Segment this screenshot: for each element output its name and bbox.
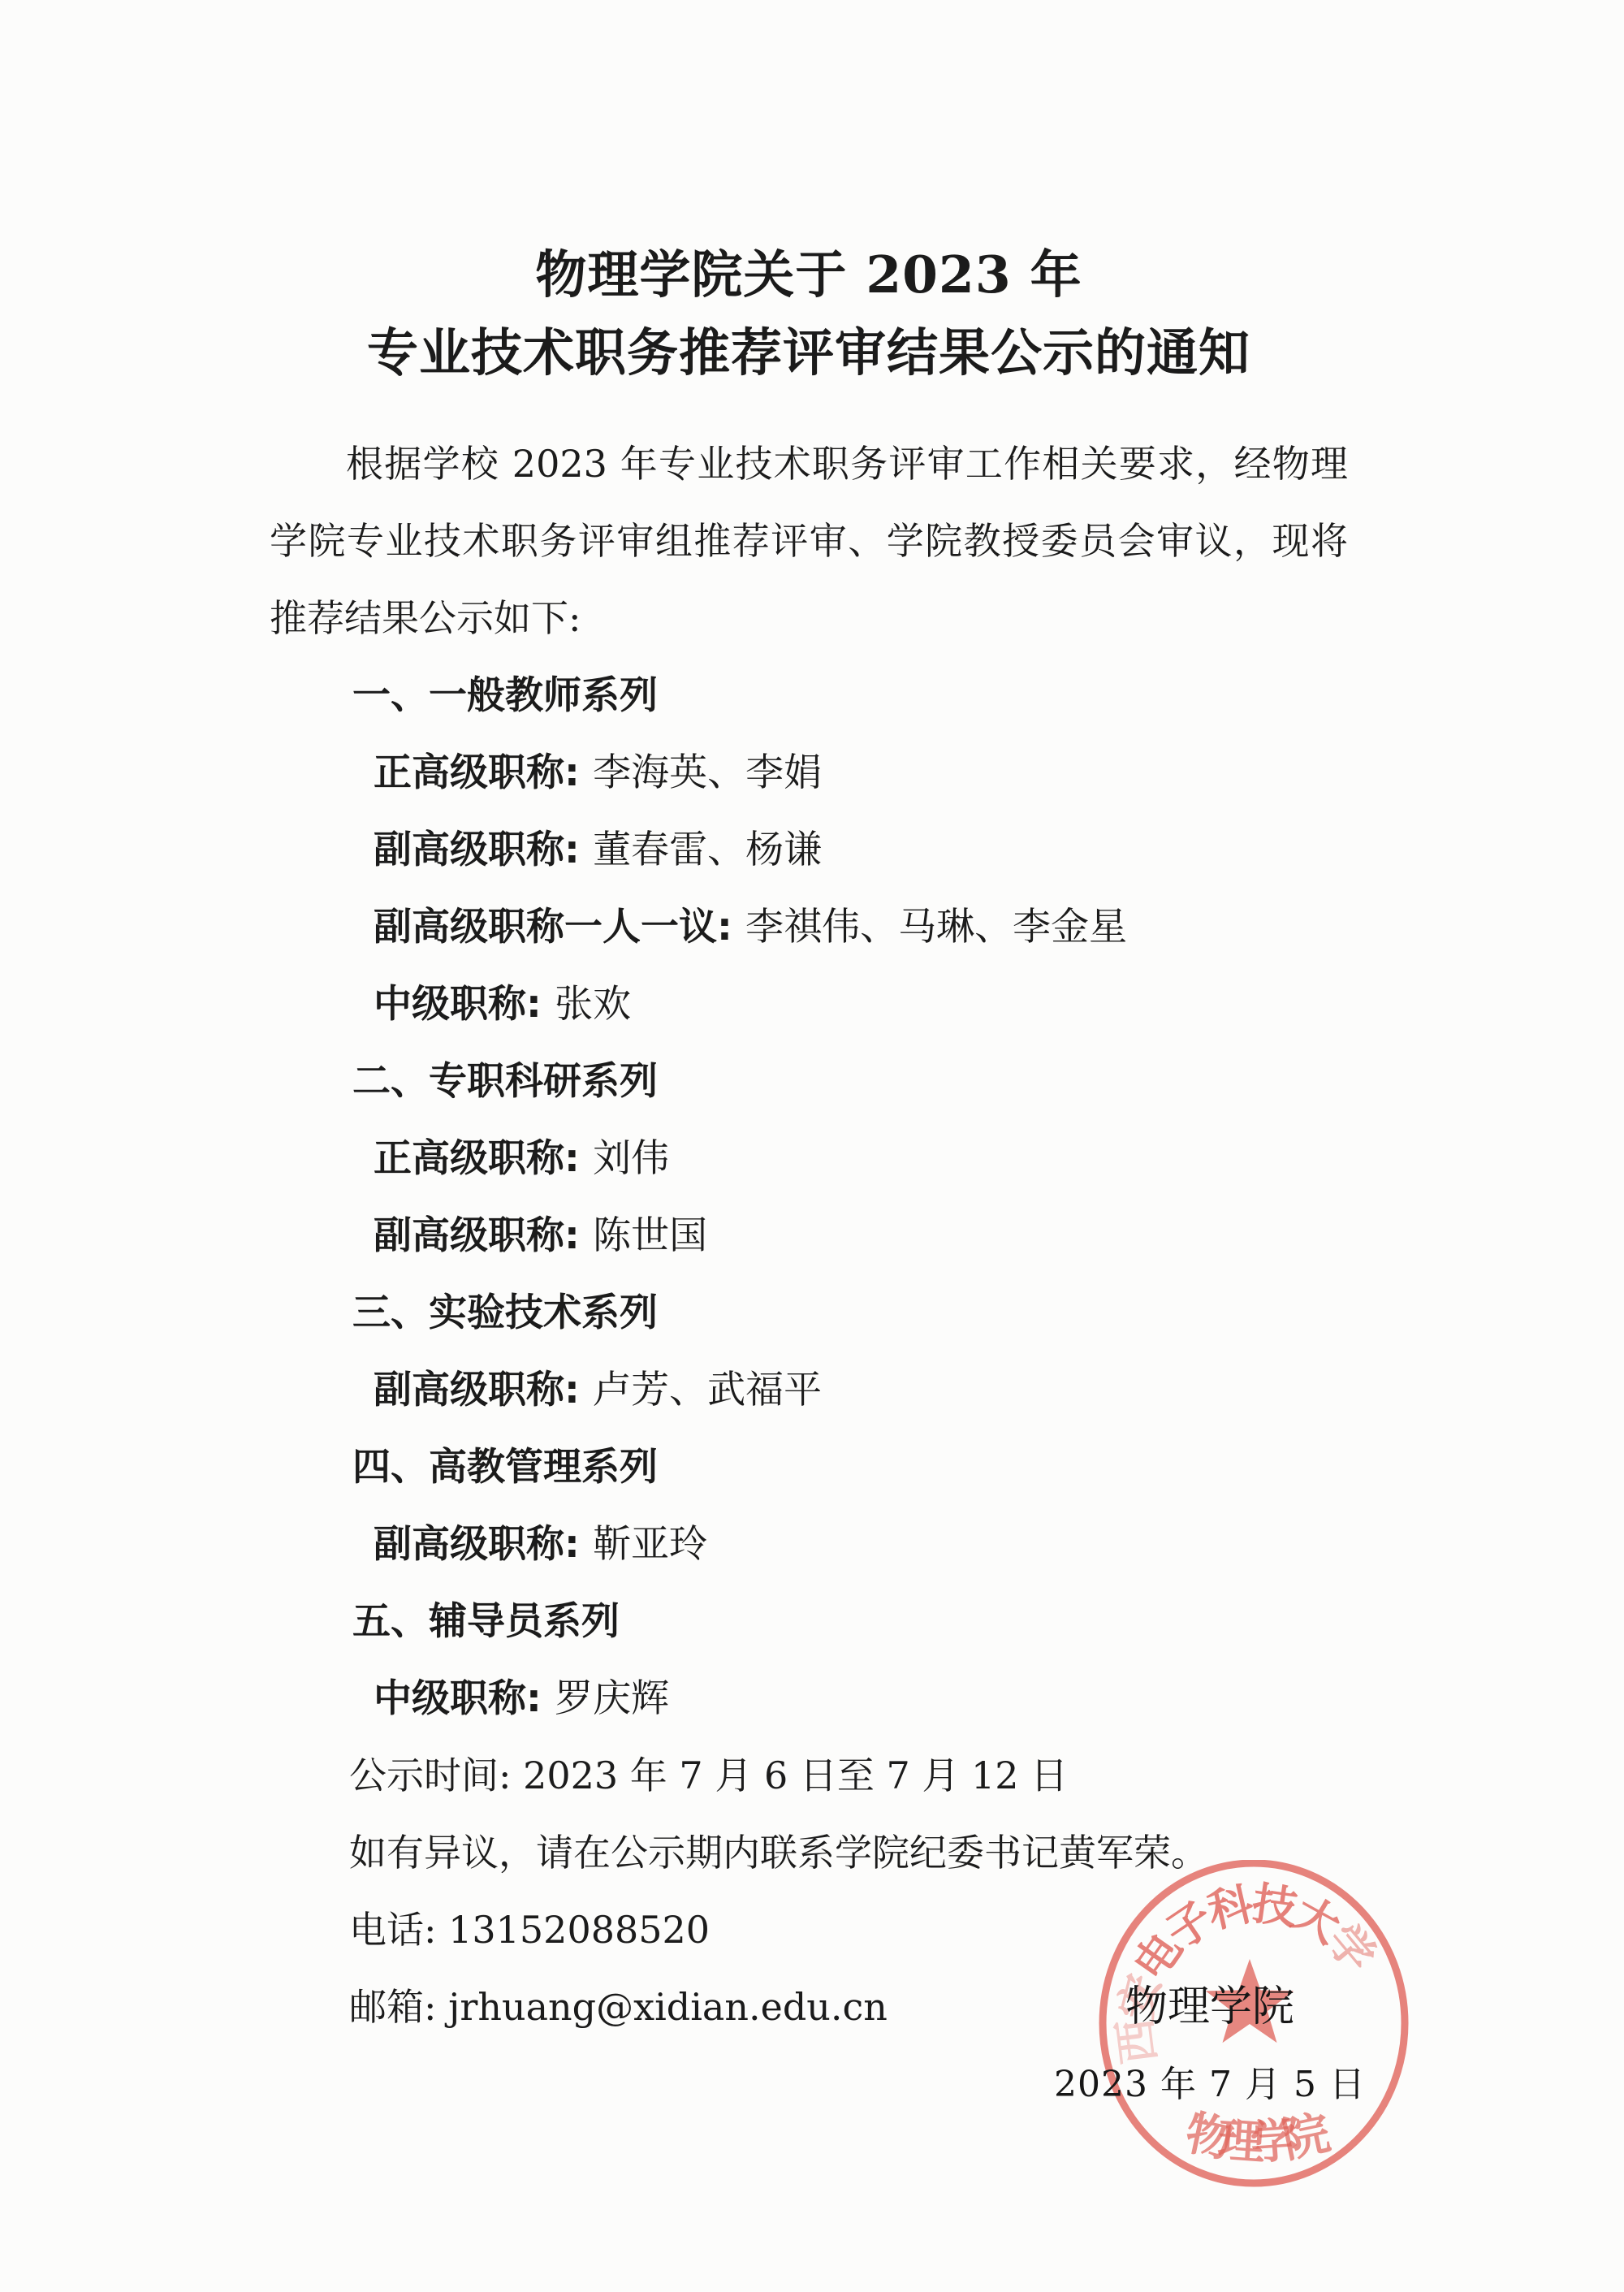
item-names: 卢芳、武福平 xyxy=(593,1368,822,1412)
section-heading: 二、专职科研系列 xyxy=(270,1043,1348,1120)
item-row: 中级职称: 罗庆辉 xyxy=(270,1660,1348,1737)
item-label: 副高级职称: xyxy=(374,1368,593,1412)
paragraph-line: 学院专业技术职务评审组推荐评审、学院教授委员会审议，现将 xyxy=(270,503,1348,580)
item-row: 副高级职称: 靳亚玲 xyxy=(270,1506,1348,1583)
item-label: 副高级职称: xyxy=(374,1213,593,1258)
notice-content: 物理学院关于 2023 年 专业技术职务推荐评审结果公示的通知 根据学校 202… xyxy=(270,0,1348,2046)
item-names: 刘伟 xyxy=(593,1136,669,1181)
signature-name: 物理学院 xyxy=(1039,1969,1380,2046)
item-names: 李祺伟、马琳、李金星 xyxy=(745,905,1127,949)
item-row: 正高级职称: 李海英、李娟 xyxy=(270,734,1348,811)
paragraph-line: 根据学校 2023 年专业技术职务评审工作相关要求，经物理 xyxy=(270,426,1348,503)
item-label: 副高级职称: xyxy=(374,828,593,872)
item-label: 中级职称: xyxy=(374,982,555,1027)
notice-title: 物理学院关于 2023 年 专业技术职务推荐评审结果公示的通知 xyxy=(270,236,1348,391)
paragraph-line: 推荐结果公示如下: xyxy=(270,580,1348,657)
item-row: 副高级职称: 陈世国 xyxy=(270,1197,1348,1274)
item-names: 张欢 xyxy=(555,982,631,1027)
item-names: 李海英、李娟 xyxy=(593,750,822,795)
item-label: 副高级职称一人一议: xyxy=(374,905,745,949)
intro-paragraph: 根据学校 2023 年专业技术职务评审工作相关要求，经物理 学院专业技术职务评审… xyxy=(270,426,1348,657)
section-heading: 五、辅导员系列 xyxy=(270,1583,1348,1660)
item-row: 副高级职称: 董春雷、杨谦 xyxy=(270,811,1348,889)
item-row: 正高级职称: 刘伟 xyxy=(270,1120,1348,1197)
item-names: 靳亚玲 xyxy=(593,1522,707,1567)
signature-date: 2023 年 7 月 5 日 xyxy=(1039,2046,1380,2123)
item-label: 正高级职称: xyxy=(374,1136,593,1181)
section-heading: 一、一般教师系列 xyxy=(270,657,1348,734)
notice-page: 物理学院关于 2023 年 专业技术职务推荐评审结果公示的通知 根据学校 202… xyxy=(0,0,1624,2292)
item-label: 中级职称: xyxy=(374,1676,555,1721)
note-line-publicity-period: 公示时间: 2023 年 7 月 6 日至 7 月 12 日 xyxy=(270,1737,1348,1814)
title-line-1: 物理学院关于 2023 年 xyxy=(270,236,1348,314)
section-heading: 四、高教管理系列 xyxy=(270,1429,1348,1506)
item-names: 董春雷、杨谦 xyxy=(593,828,822,872)
result-list: 一、一般教师系列 正高级职称: 李海英、李娟 副高级职称: 董春雷、杨谦 副高级… xyxy=(270,657,1348,2046)
item-names: 罗庆辉 xyxy=(555,1676,669,1721)
title-line-2: 专业技术职务推荐评审结果公示的通知 xyxy=(270,314,1348,391)
item-row: 副高级职称: 卢芳、武福平 xyxy=(270,1351,1348,1429)
section-heading: 三、实验技术系列 xyxy=(270,1274,1348,1351)
item-label: 正高级职称: xyxy=(374,750,593,795)
item-row: 中级职称: 张欢 xyxy=(270,966,1348,1043)
item-row: 副高级职称一人一议: 李祺伟、马琳、李金星 xyxy=(270,889,1348,966)
item-names: 陈世国 xyxy=(593,1213,707,1258)
item-label: 副高级职称: xyxy=(374,1522,593,1567)
